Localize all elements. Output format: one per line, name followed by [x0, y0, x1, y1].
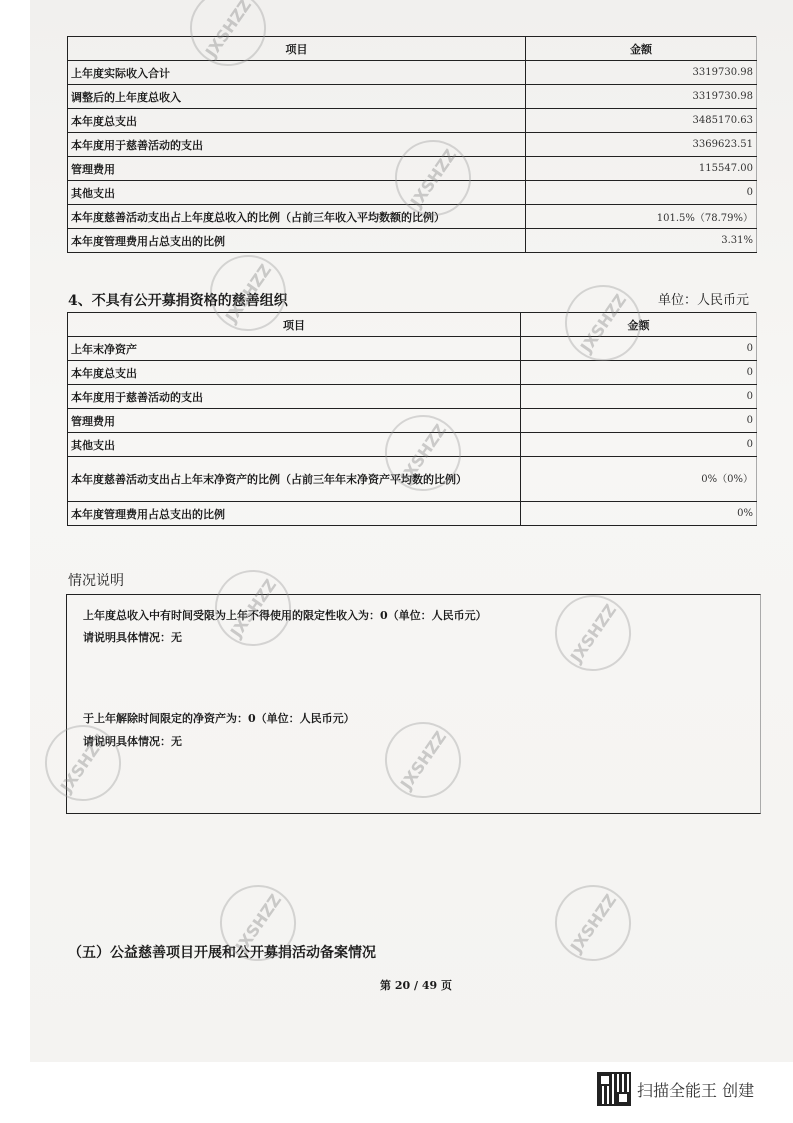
row-label: 其他支出 [68, 433, 521, 457]
table-header-row: 项目 金额 [68, 313, 757, 337]
header-amount: 金额 [526, 37, 757, 61]
row-value: 3319730.98 [526, 61, 757, 85]
row-value: 0%（0%） [521, 457, 757, 502]
table-row: 上年度实际收入合计3319730.98 [68, 61, 757, 85]
row-label: 本年度总支出 [68, 109, 526, 133]
section-4-title: 4、不具有公开募捐资格的慈善组织 [68, 290, 288, 310]
table-row: 其他支出0 [68, 433, 757, 457]
row-label: 本年度管理费用占总支出的比例 [68, 502, 521, 526]
row-value: 115547.00 [526, 157, 757, 181]
row-value: 3.31% [526, 229, 757, 253]
table-row: 其他支出0 [68, 181, 757, 205]
header-amount: 金额 [521, 313, 757, 337]
table-row: 管理费用115547.00 [68, 157, 757, 181]
row-label: 本年度慈善活动支出占上年末净资产的比例（占前三年年末净资产平均数的比例） [68, 457, 521, 502]
table-row: 本年度总支出0 [68, 361, 757, 385]
row-value: 3319730.98 [526, 85, 757, 109]
row-label: 上年度实际收入合计 [68, 61, 526, 85]
row-label: 本年度管理费用占总支出的比例 [68, 229, 526, 253]
table-row: 本年度用于慈善活动的支出0 [68, 385, 757, 409]
scanner-watermark: 扫描全能王 创建 [597, 1072, 754, 1106]
row-label: 本年度总支出 [68, 361, 521, 385]
table-row: 本年度管理费用占总支出的比例3.31% [68, 229, 757, 253]
table-row: 本年度慈善活动支出占上年末净资产的比例（占前三年年末净资产平均数的比例）0%（0… [68, 457, 757, 502]
scanner-label: 扫描全能王 创建 [637, 1078, 754, 1101]
row-label: 本年度用于慈善活动的支出 [68, 385, 521, 409]
unit-label: 单位：人民币元 [658, 289, 749, 308]
table-row: 调整后的上年度总收入3319730.98 [68, 85, 757, 109]
non-public-fundraising-table: 项目 金额 上年末净资产0 本年度总支出0 本年度用于慈善活动的支出0 管理费用… [67, 312, 757, 526]
row-value: 3485170.63 [526, 109, 757, 133]
row-value: 0 [521, 409, 757, 433]
public-fundraising-table: 项目 金额 上年度实际收入合计3319730.98 调整后的上年度总收入3319… [67, 36, 757, 253]
restricted-income-note: 上年度总收入中有时间受限为上年不得使用的限定性收入为：0（单位：人民币元） [83, 607, 487, 623]
table-row: 本年度总支出3485170.63 [68, 109, 757, 133]
row-label: 本年度用于慈善活动的支出 [68, 133, 526, 157]
table-row: 管理费用0 [68, 409, 757, 433]
restricted-income-detail: 请说明具体情况：无 [83, 629, 182, 645]
page-number: 第 20 / 49 页 [380, 977, 452, 993]
header-item: 项目 [68, 313, 521, 337]
table-row: 上年末净资产0 [68, 337, 757, 361]
notes-box: 上年度总收入中有时间受限为上年不得使用的限定性收入为：0（单位：人民币元） 请说… [66, 594, 761, 814]
table-row: 本年度用于慈善活动的支出3369623.51 [68, 133, 757, 157]
row-label: 管理费用 [68, 409, 521, 433]
released-assets-detail: 请说明具体情况：无 [83, 733, 182, 749]
row-value: 0 [526, 181, 757, 205]
row-label: 管理费用 [68, 157, 526, 181]
table-header-row: 项目 金额 [68, 37, 757, 61]
row-label: 其他支出 [68, 181, 526, 205]
header-item: 项目 [68, 37, 526, 61]
row-label: 本年度慈善活动支出占上年度总收入的比例（占前三年收入平均数额的比例） [68, 205, 526, 229]
row-value: 0 [521, 385, 757, 409]
row-value: 0 [521, 361, 757, 385]
row-value: 0% [521, 502, 757, 526]
qr-code-icon [597, 1072, 631, 1106]
section-5-title: （五）公益慈善项目开展和公开募捐活动备案情况 [68, 942, 376, 962]
released-assets-note: 于上年解除时间限定的净资产为：0（单位：人民币元） [83, 710, 355, 726]
row-value: 0 [521, 433, 757, 457]
table-row: 本年度慈善活动支出占上年度总收入的比例（占前三年收入平均数额的比例）101.5%… [68, 205, 757, 229]
row-value: 3369623.51 [526, 133, 757, 157]
row-label: 上年末净资产 [68, 337, 521, 361]
row-label: 调整后的上年度总收入 [68, 85, 526, 109]
row-value: 0 [521, 337, 757, 361]
notes-heading: 情况说明 [68, 570, 124, 590]
table-row: 本年度管理费用占总支出的比例0% [68, 502, 757, 526]
row-value: 101.5%（78.79%） [526, 205, 757, 229]
